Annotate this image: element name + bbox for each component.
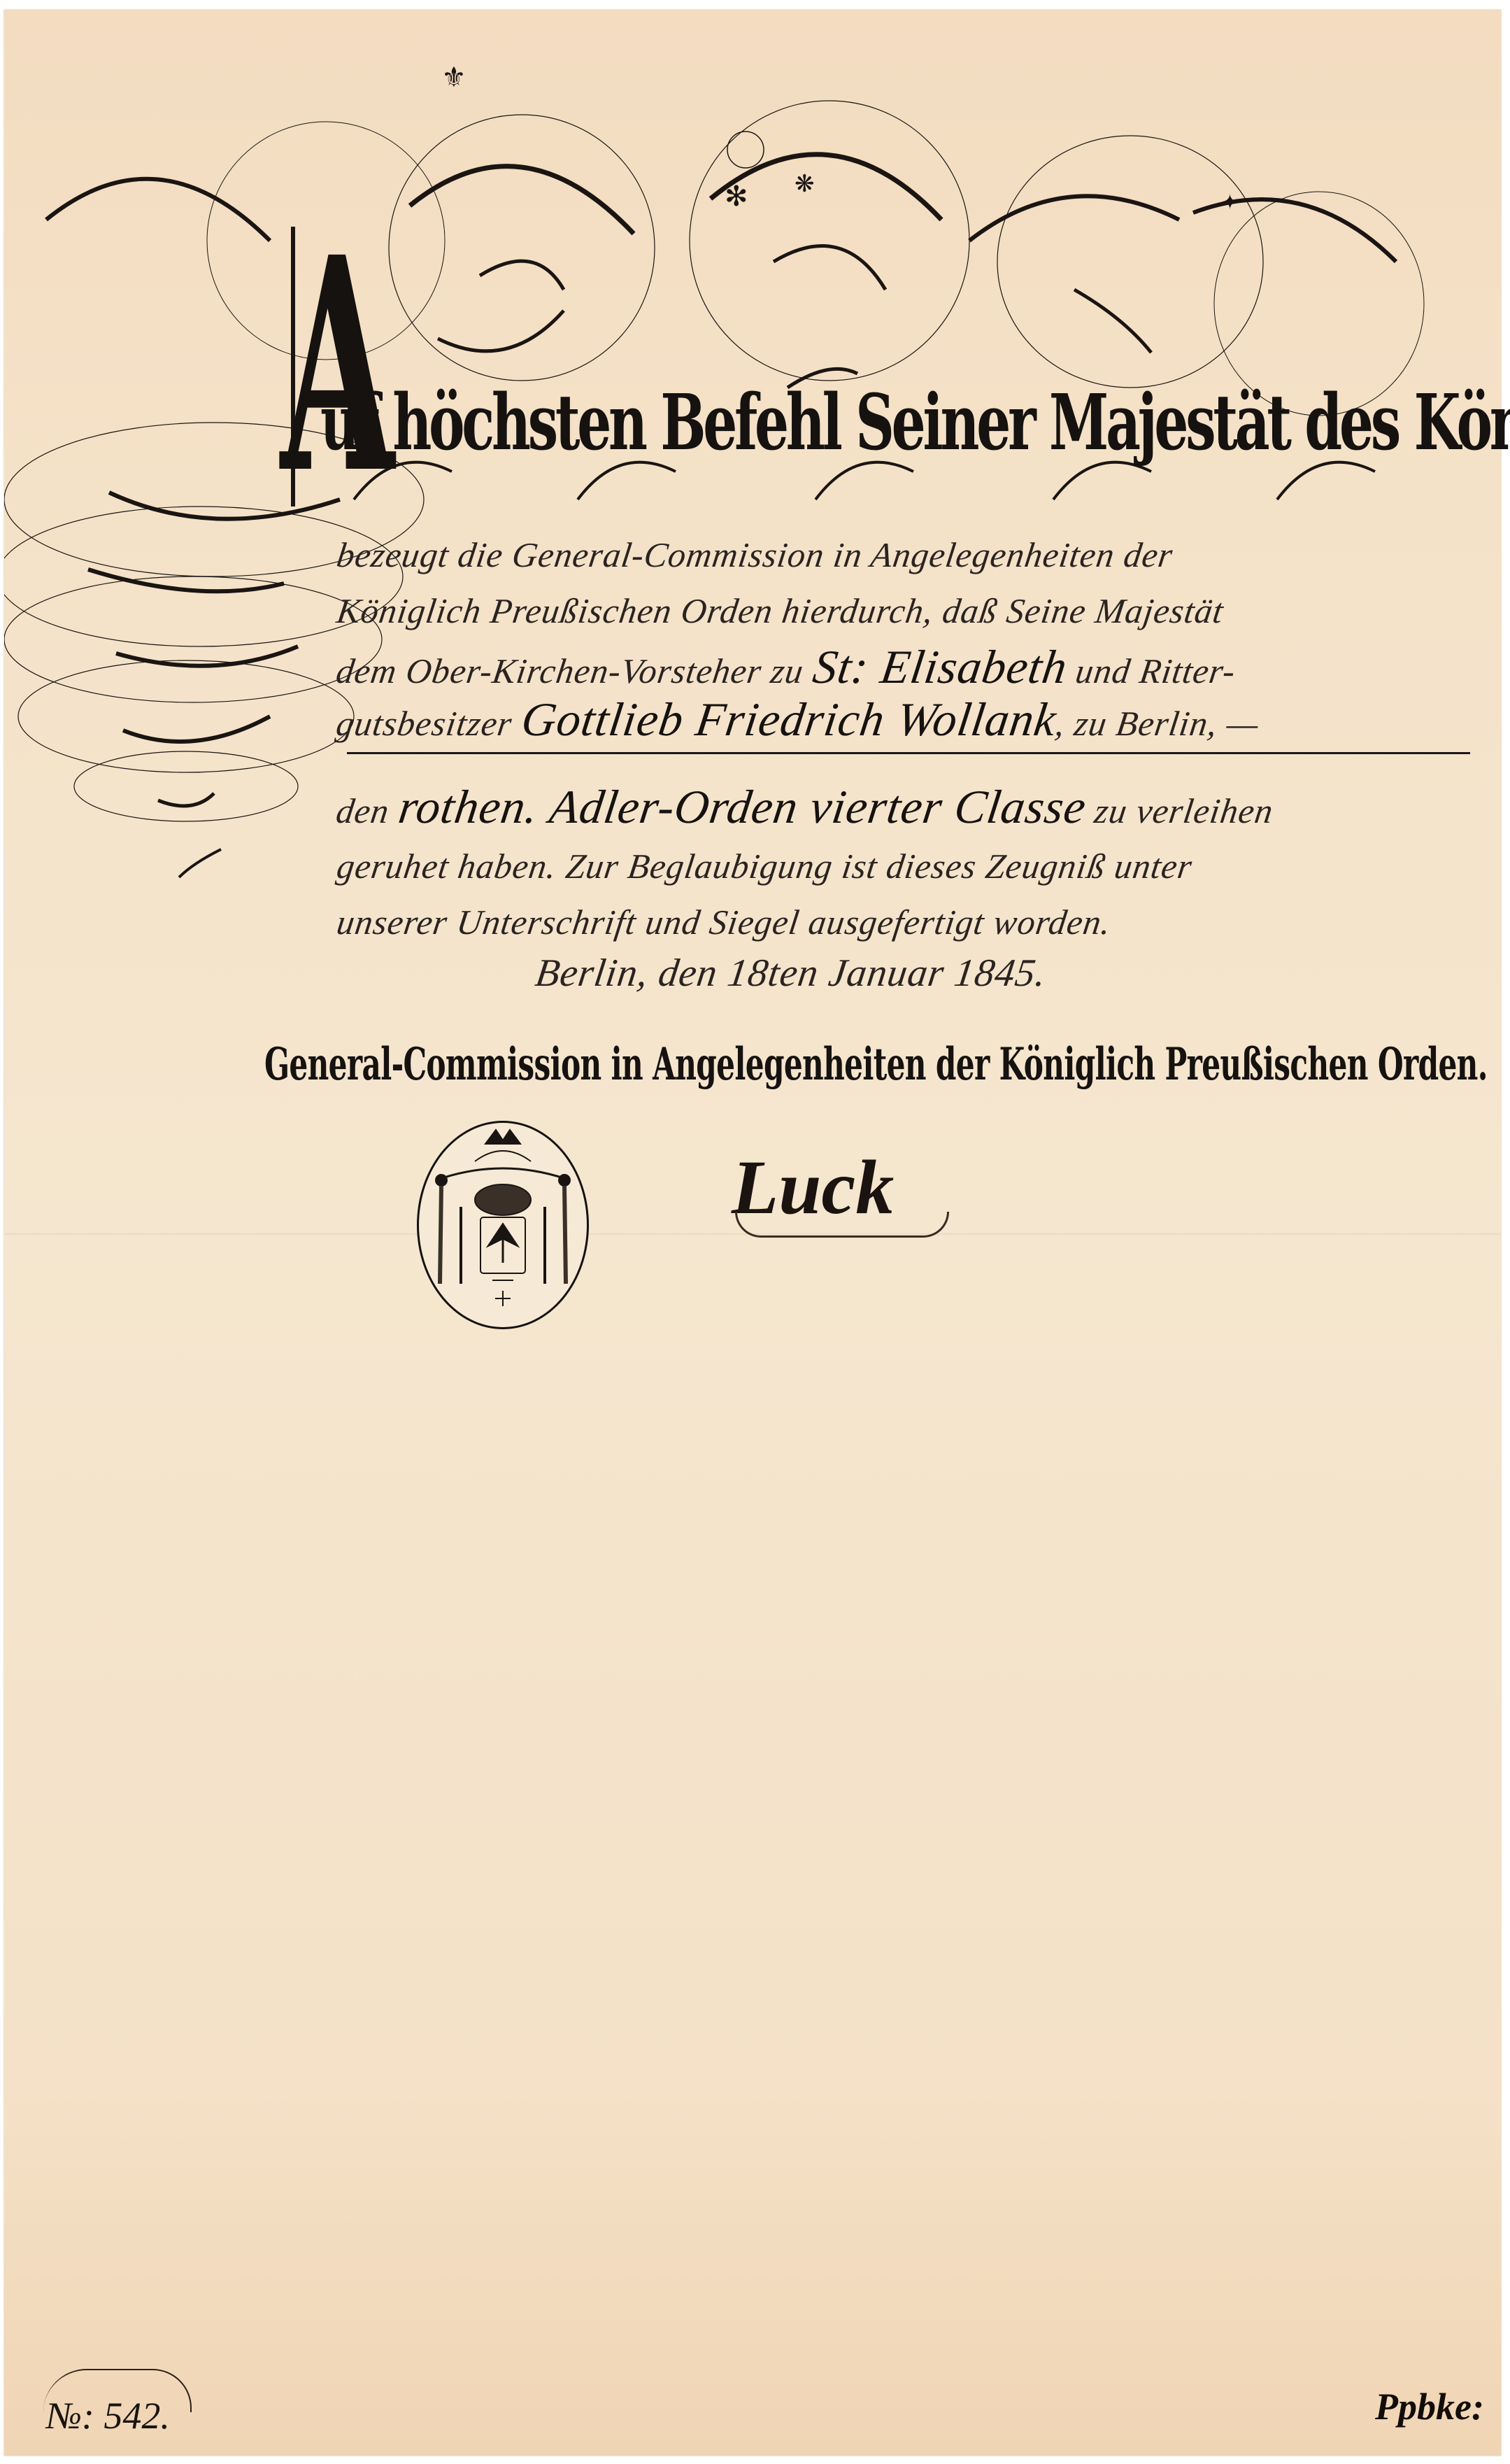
decorated-initial-letter: A bbox=[280, 220, 394, 514]
body-line-1: bezeugt die General-Commission in Angele… bbox=[334, 534, 1487, 575]
award-line-1-pre: den bbox=[334, 791, 392, 830]
svg-text:⚜: ⚜ bbox=[441, 62, 466, 94]
church-name: St: Elisabeth bbox=[810, 640, 1071, 693]
award-line-3: unserer Unterschrift und Siegel ausgefer… bbox=[334, 902, 1487, 942]
document-number: №: 542. bbox=[46, 2394, 170, 2437]
certificate-heading: uf höchsten Befehl Seiner Majestät des K… bbox=[320, 384, 1123, 461]
calligraphic-flourish-ornament: ⚜ ✻ ❋ ✦ bbox=[4, 10, 1501, 989]
body-line-3-tail: und Ritter- bbox=[1073, 651, 1238, 691]
body-line-3-text: dem Ober-Kirchen-Vorsteher zu bbox=[334, 651, 806, 691]
award-line-1: den rothen. Adler-Orden vierter Classe z… bbox=[333, 779, 1488, 835]
body-line-2: Königlich Preußischen Orden hierdurch, d… bbox=[334, 590, 1487, 631]
body-line-4: gutsbesitzer Gottlieb Friedrich Wollank,… bbox=[333, 692, 1488, 747]
body-line-4-tail: , zu Berlin, — bbox=[1053, 704, 1262, 743]
body-line-4-text: gutsbesitzer bbox=[334, 704, 515, 743]
recipient-name: Gottlieb Friedrich Wollank bbox=[518, 693, 1060, 746]
signature-flourish bbox=[735, 1212, 949, 1238]
prussian-eagle-icon bbox=[419, 1123, 587, 1327]
order-name: rothen. Adler-Orden vierter Classe bbox=[395, 780, 1090, 833]
section-divider bbox=[347, 752, 1470, 754]
award-line-2: geruhet haben. Zur Beglaubigung ist dies… bbox=[334, 846, 1487, 886]
coat-of-arms-seal bbox=[417, 1121, 589, 1329]
place-and-date: Berlin, den 18ten Januar 1845. bbox=[533, 951, 1510, 996]
svg-text:✦: ✦ bbox=[1221, 190, 1239, 215]
body-line-3: dem Ober-Kirchen-Vorsteher zu St: Elisab… bbox=[333, 639, 1488, 695]
svg-text:❋: ❋ bbox=[795, 170, 815, 198]
issuing-authority: General-Commission in Angelegenheiten de… bbox=[264, 1038, 1488, 1091]
svg-text:✻: ✻ bbox=[725, 180, 748, 213]
corner-signature: Ppbke: bbox=[1375, 2385, 1484, 2428]
award-line-1-tail: zu verleihen bbox=[1092, 791, 1276, 830]
certificate-paper: ⚜ ✻ ❋ ✦ A uf höchsten Befehl Seiner Maje… bbox=[4, 10, 1501, 2456]
